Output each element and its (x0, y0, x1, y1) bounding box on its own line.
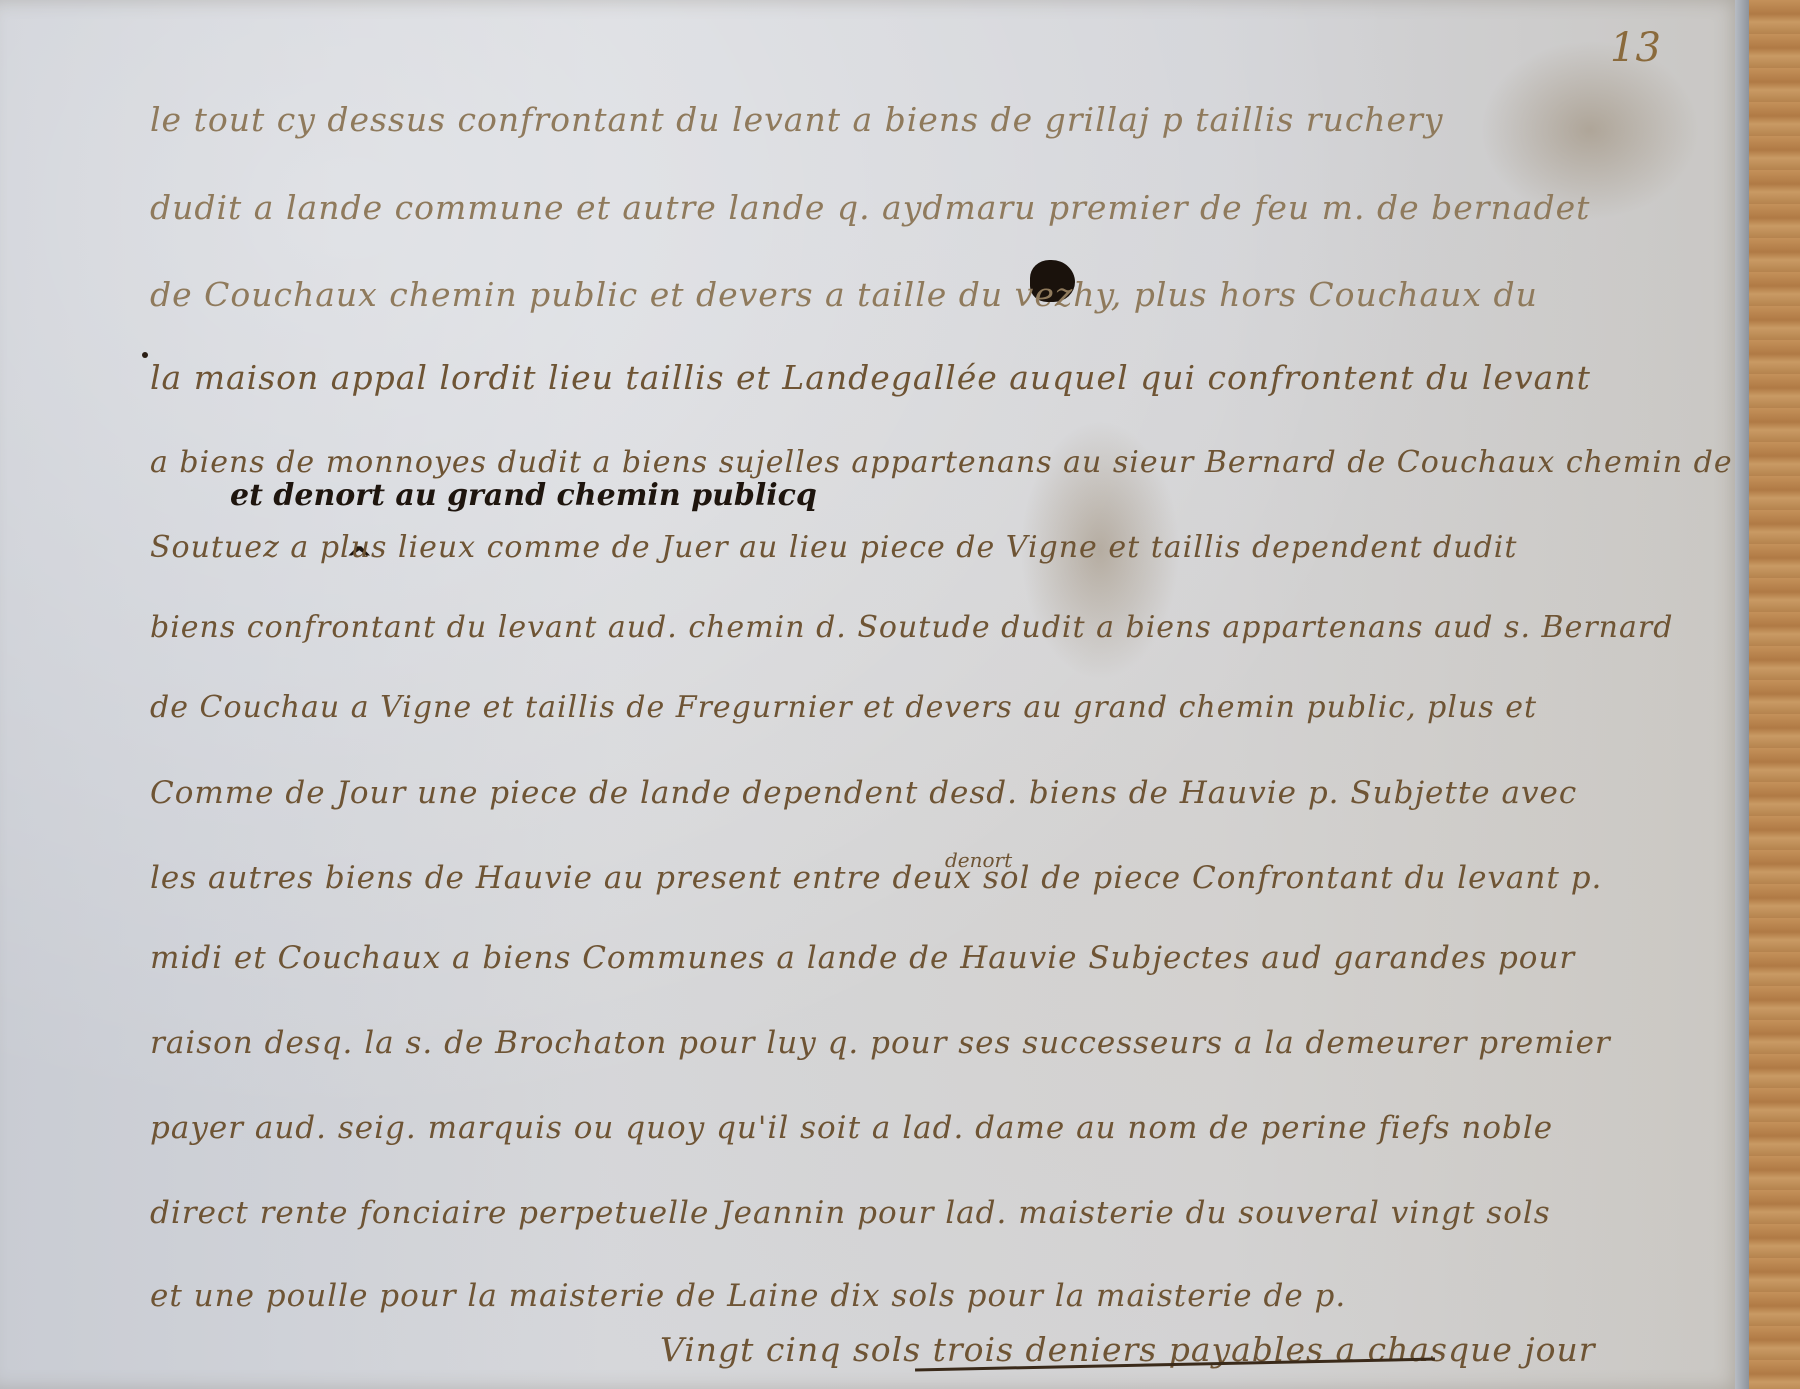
manuscript-line-10: les autres biens de Hauvie au present en… (150, 860, 1602, 896)
manuscript-line-4: la maison appal lordit lieu taillis et L… (150, 358, 1591, 397)
superscript-correction: denort (945, 848, 1012, 872)
manuscript-line-1: le tout cy dessus confrontant du levant … (150, 100, 1444, 139)
manuscript-line-8: de Couchau a Vigne et taillis de Fregurn… (150, 690, 1537, 725)
manuscript-line-15: et une poulle pour la maisterie de Laine… (150, 1278, 1346, 1314)
manuscript-line-14: direct rente fonciaire perpetuelle Jeann… (150, 1195, 1551, 1231)
manuscript-line-13: payer aud. seig. marquis ou quoy qu'il s… (150, 1110, 1553, 1146)
manuscript-line-9: Comme de Jour une piece de lande depende… (150, 775, 1577, 811)
manuscript-line-7: biens confrontant du levant aud. chemin … (150, 610, 1673, 645)
manuscript-line-3: de Couchaux chemin public et devers a ta… (150, 275, 1538, 314)
page-number: 13 (1610, 25, 1661, 71)
interlinear-insertion: et denort au grand chemin publicq (230, 478, 817, 513)
manuscript-page: 13 le tout cy dessus confrontant du leva… (0, 0, 1748, 1389)
page-edge (1735, 0, 1749, 1389)
manuscript-line-6: Soutuez a plus lieux comme de Juer au li… (150, 530, 1517, 565)
manuscript-line-5: a biens de monnoyes dudit a biens sujell… (150, 445, 1733, 480)
margin-mark (142, 352, 148, 358)
manuscript-line-12: raison desq. la s. de Brochaton pour luy… (150, 1025, 1611, 1061)
manuscript-line-2: dudit a lande commune et autre lande q. … (150, 188, 1590, 227)
wooden-desk-background (1740, 0, 1800, 1389)
manuscript-line-11: midi et Couchaux a biens Communes a land… (150, 940, 1575, 976)
